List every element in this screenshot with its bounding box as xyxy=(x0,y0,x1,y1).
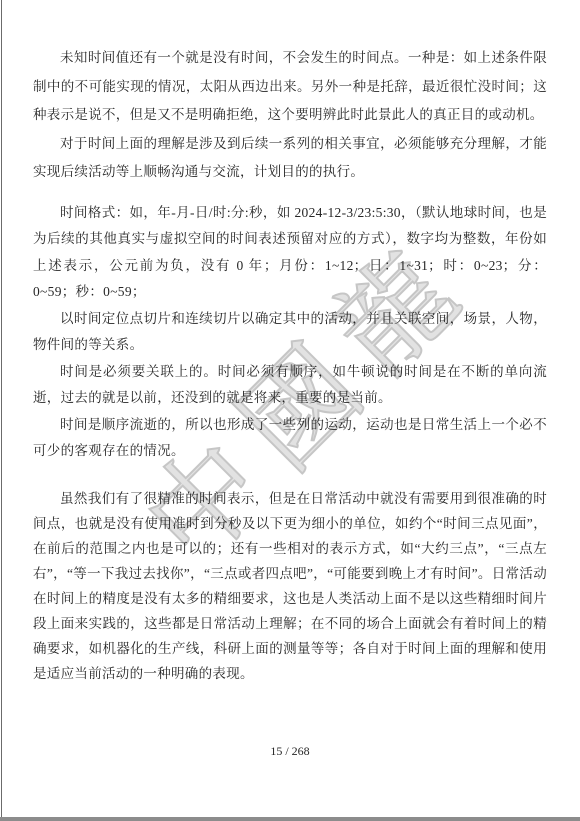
document-page: 中國龍 未知时间值还有一个就是没有时间，不会发生的时间点。一种是：如上述条件限制… xyxy=(0,0,580,821)
paragraph: 时间是顺序流逝的，所以也形成了一些列的运动，运动也是日常生活上一个必不可少的客观… xyxy=(33,412,547,465)
paragraph: 时间格式：如，年-月-日/时:分:秒，如 2024-12-3/23:5:30，（… xyxy=(33,200,547,306)
page-bottom-edge xyxy=(0,817,580,821)
paragraph: 以时间定位点切片和连续切片以确定其中的活动，并且关联空间，场景，人物，物件间的等… xyxy=(33,306,547,359)
paragraph: 时间是必须要关联上的。时间必须有顺序，如牛顿说的时间是在不断的单向流逝，过去的就… xyxy=(33,359,547,412)
paragraph: 未知时间值还有一个就是没有时间，不会发生的时间点。一种是：如上述条件限制中的不可… xyxy=(33,44,547,130)
page-left-edge xyxy=(1,0,2,821)
page-number: 15 / 268 xyxy=(0,744,580,759)
document-content: 未知时间值还有一个就是没有时间，不会发生的时间点。一种是：如上述条件限制中的不可… xyxy=(0,0,580,686)
paragraph: 对于时间上面的理解是涉及到后续一系列的相关事宜，必须能够充分理解，才能实现后续活… xyxy=(33,130,547,187)
paragraph: 虽然我们有了很精准的时间表示，但是在日常活动中就没有需要用到很准确的时间点，也就… xyxy=(33,486,547,686)
